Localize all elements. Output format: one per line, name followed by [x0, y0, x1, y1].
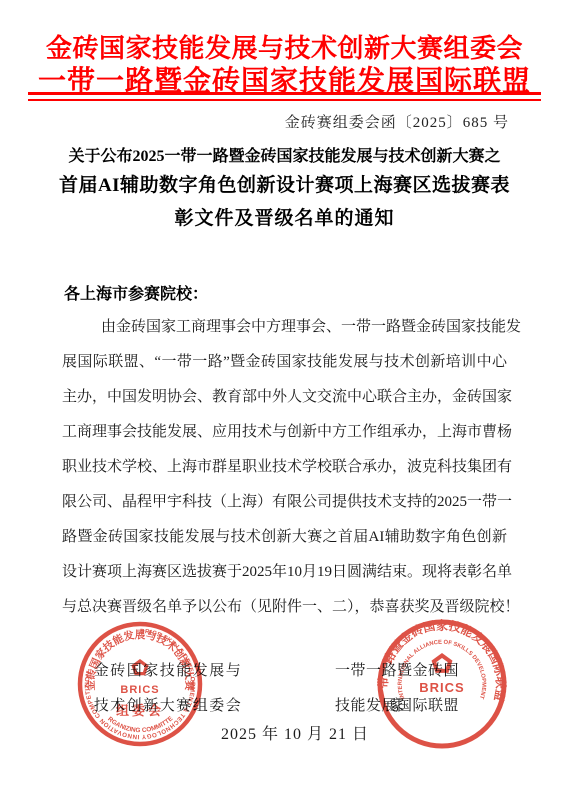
notice-body-paragraph: 由金砖国家工商理事会中方理事会、一带一路暨金砖国家技能发 展国际联盟、“一带一路… [62, 310, 507, 625]
body-line: 主办，中国发明协会、教育部中外人文交流中心联合主办，金砖国家 [62, 380, 507, 415]
brics-pentagon-icon [131, 659, 148, 675]
letterhead-double-rule [28, 92, 541, 101]
seal-brics-label: BRICS [120, 684, 159, 696]
notice-title-line1: 关于公布2025一带一路暨金砖国家技能发展与技术创新大赛之 [0, 143, 569, 166]
document-date: 2025 年 10 月 21 日 [200, 721, 390, 744]
salutation: 各上海市参赛院校： [64, 281, 208, 304]
notice-title-line3: 彰文件及晋级名单的通知 [0, 203, 569, 230]
notice-title-line2: 首届AI辅助数字角色创新设计赛项上海赛区选拔赛表 [0, 170, 569, 197]
international-alliance-seal-icon: 一带一路暨金砖国家技能发展国际联盟 INTERNATIONAL ALLIANCE… [374, 616, 510, 752]
body-line: 路暨金砖国家技能发展与技术创新大赛之首届AI辅助数字角色创新 [62, 520, 507, 555]
official-notice-document: 金砖国家技能发展与技术创新大赛组委会 一带一路暨金砖国家技能发展国际联盟 金砖赛… [0, 0, 569, 795]
body-line: 职业技术学校、上海市群星职业技术学校联合承办，波克科技集团有 [62, 450, 507, 485]
document-reference-number: 金砖赛组委会函〔2025〕685 号 [285, 111, 509, 132]
seal-banner-text: 组委会 [116, 703, 164, 718]
body-line: 工商理事会技能发展、应用技术与创新中方工作组承办，上海市曹杨 [62, 415, 507, 450]
body-line: 限公司、晶程甲宇科技（上海）有限公司提供技术支持的2025一带一 [62, 485, 507, 520]
body-line: 由金砖国家工商理事会中方理事会、一带一路暨金砖国家技能发 [62, 310, 507, 345]
body-line: 设计赛项上海赛区选拔赛于2025年10月19日圆满结束。现将表彰名单 [62, 555, 507, 590]
organizing-committee-seal-icon: BRICS SKILLS DEVELOPMENT & TECHNOLOGY IN… [70, 614, 210, 754]
seal-brics-label: BRICS [419, 680, 464, 695]
brics-pentagon-icon [432, 653, 453, 673]
body-line: 展国际联盟、“一带一路”暨金砖国家技能发展与技术创新培训中心 [62, 345, 507, 380]
